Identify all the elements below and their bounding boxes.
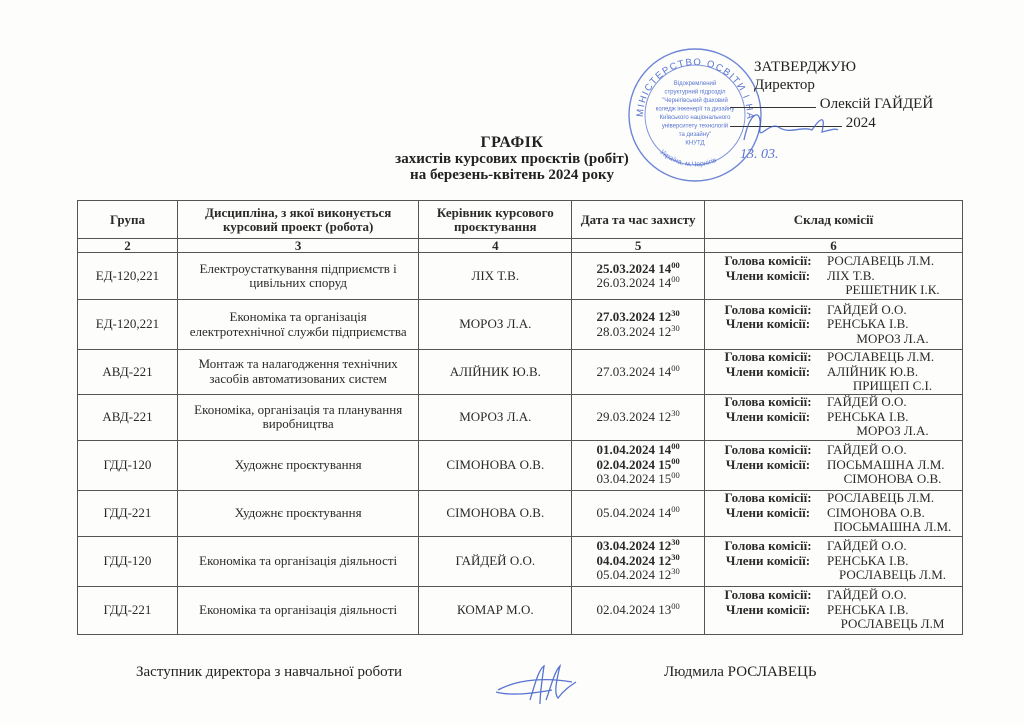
cell-group: ГДД-221 (78, 586, 178, 634)
table-header-row: Група Дисципліна, з якої виконується кур… (78, 201, 963, 239)
commission-member: АЛІЙНИК Ю.В. (827, 365, 918, 380)
title-line-2: захистів курсових проєктів (робіт) (0, 151, 1024, 167)
header-supervisor: Керівник курсового проєктування (419, 201, 572, 239)
commission-member: СІМОНОВА О.В. (709, 472, 958, 487)
column-number: 3 (177, 239, 419, 253)
members-label: Члени комісії: (709, 365, 827, 380)
defense-date: 27.03.2024 1400 (576, 365, 700, 380)
head-label: Голова комісії: (709, 395, 827, 410)
cell-discipline: Електроустаткування підприємств і цивіль… (177, 253, 419, 300)
commission-member: РЕШЕТНИК І.К. (709, 283, 958, 298)
cell-discipline: Економіка та організація діяльності (177, 586, 419, 634)
members-label: Члени комісії: (709, 410, 827, 425)
members-label: Члени комісії: (709, 603, 827, 618)
cell-supervisor: СІМОНОВА О.В. (419, 440, 572, 490)
cell-group: ГДД-120 (78, 440, 178, 490)
commission-member: РЕНСЬКА І.В. (827, 317, 909, 332)
document-title: ГРАФІК захистів курсових проєктів (робіт… (0, 135, 1024, 183)
defense-date: 25.03.2024 1400 (576, 262, 700, 277)
commission-head: ГАЙДЕЙ О.О. (827, 395, 907, 410)
commission-member: РЕНСЬКА І.В. (827, 603, 909, 618)
table-row: ЕД-120,221Економіка та організація елект… (78, 300, 963, 350)
head-label: Голова комісії: (709, 254, 827, 269)
defense-date: 03.04.2024 1500 (576, 472, 700, 487)
defense-date: 05.04.2024 1400 (576, 506, 700, 521)
cell-group: ГДД-221 (78, 490, 178, 536)
cell-commission: Голова комісії:ГАЙДЕЙ О.О.Члени комісії:… (705, 300, 963, 350)
svg-text:Відокремлений: Відокремлений (674, 80, 716, 87)
header-discipline: Дисципліна, з якої виконується курсовий … (177, 201, 419, 239)
commission-member: РЕНСЬКА І.В. (827, 554, 909, 569)
members-label: Члени комісії: (709, 317, 827, 332)
cell-group: ЕД-120,221 (78, 253, 178, 300)
defense-date: 03.04.2024 1230 (576, 539, 700, 554)
header-date: Дата та час захисту (572, 201, 705, 239)
column-number: 4 (419, 239, 572, 253)
cell-group: ГДД-120 (78, 536, 178, 586)
cell-dates: 29.03.2024 1230 (572, 394, 705, 440)
commission-member: МОРОЗ Л.А. (709, 332, 958, 347)
table-row: ГДД-120Економіка та організація діяльнос… (78, 536, 963, 586)
head-label: Голова комісії: (709, 443, 827, 458)
head-label: Голова комісії: (709, 303, 827, 318)
cell-dates: 27.03.2024 123028.03.2024 1230 (572, 300, 705, 350)
commission-head: ГАЙДЕЙ О.О. (827, 588, 907, 603)
members-label: Члени комісії: (709, 554, 827, 569)
defense-date: 05.04.2024 1230 (576, 568, 700, 583)
cell-supervisor: СІМОНОВА О.В. (419, 490, 572, 536)
footer-name: Людмила РОСЛАВЕЦЬ (664, 664, 816, 681)
approval-heading: ЗАТВЕРДЖУЮ (754, 58, 933, 76)
defense-date: 01.04.2024 1400 (576, 443, 700, 458)
cell-discipline: Художнє проєктування (177, 490, 419, 536)
head-label: Голова комісії: (709, 350, 827, 365)
footer-position: Заступник директора з навчальної роботи (136, 664, 402, 681)
commission-head: ГАЙДЕЙ О.О. (827, 539, 907, 554)
commission-head: РОСЛАВЕЦЬ Л.М. (827, 350, 934, 365)
defense-schedule-table: Група Дисципліна, з якої виконується кур… (77, 200, 963, 635)
cell-commission: Голова комісії:ГАЙДЕЙ О.О.Члени комісії:… (705, 440, 963, 490)
svg-text:Київського національного: Київського національного (660, 115, 732, 121)
defense-date: 29.03.2024 1230 (576, 410, 700, 425)
cell-dates: 02.04.2024 1300 (572, 586, 705, 634)
svg-text:"Чернігівський фаховий: "Чернігівський фаховий (662, 97, 728, 104)
column-number: 6 (705, 239, 963, 253)
cell-discipline: Художнє проєктування (177, 440, 419, 490)
commission-member: МОРОЗ Л.А. (709, 424, 958, 439)
cell-dates: 03.04.2024 123004.04.2024 123005.04.2024… (572, 536, 705, 586)
table-row: ГДД-221Художнє проєктуванняСІМОНОВА О.В.… (78, 490, 963, 536)
column-number: 2 (78, 239, 178, 253)
deputy-signature (490, 660, 590, 715)
commission-head: ГАЙДЕЙ О.О. (827, 303, 907, 318)
cell-dates: 05.04.2024 1400 (572, 490, 705, 536)
cell-supervisor: ГАЙДЕЙ О.О. (419, 536, 572, 586)
svg-text:коледж інженерії та дизайну: коледж інженерії та дизайну (656, 106, 735, 113)
cell-supervisor: МОРОЗ Л.А. (419, 300, 572, 350)
cell-group: АВД-221 (78, 350, 178, 395)
table-row: АВД-221Монтаж та налагодження технічних … (78, 350, 963, 395)
cell-discipline: Економіка та організація електротехнічно… (177, 300, 419, 350)
commission-member: ПОСЬМАШНА Л.М. (709, 520, 958, 535)
defense-date: 28.03.2024 1230 (576, 325, 700, 340)
cell-commission: Голова комісії:ГАЙДЕЙ О.О.Члени комісії:… (705, 586, 963, 634)
commission-member: СІМОНОВА О.В. (827, 506, 925, 521)
header-commission: Склад комісії (705, 201, 963, 239)
cell-commission: Голова комісії:РОСЛАВЕЦЬ Л.М.Члени коміс… (705, 253, 963, 300)
cell-discipline: Економіка та організація діяльності (177, 536, 419, 586)
cell-commission: Голова комісії:РОСЛАВЕЦЬ Л.М.Члени коміс… (705, 490, 963, 536)
members-label: Члени комісії: (709, 269, 827, 284)
svg-text:структурний підрозділ: структурний підрозділ (664, 89, 726, 96)
title-line-3: на березень-квітень 2024 року (0, 167, 1024, 183)
header-group: Група (78, 201, 178, 239)
cell-supervisor: АЛІЙНИК Ю.В. (419, 350, 572, 395)
svg-text:університету технологій: університету технологій (662, 123, 728, 130)
defense-date: 26.03.2024 1400 (576, 276, 700, 291)
cell-commission: Голова комісії:РОСЛАВЕЦЬ Л.М.Члени коміс… (705, 350, 963, 395)
approval-position: Директор (754, 76, 933, 94)
head-label: Голова комісії: (709, 588, 827, 603)
table-row: АВД-221Економіка, організація та планува… (78, 394, 963, 440)
head-label: Голова комісії: (709, 491, 827, 506)
commission-head: РОСЛАВЕЦЬ Л.М. (827, 491, 934, 506)
cell-supervisor: КОМАР М.О. (419, 586, 572, 634)
title-main: ГРАФІК (0, 135, 1024, 151)
commission-member: РОСЛАВЕЦЬ Л.М (709, 617, 958, 632)
cell-supervisor: ЛІХ Т.В. (419, 253, 572, 300)
cell-dates: 01.04.2024 140002.04.2024 150003.04.2024… (572, 440, 705, 490)
cell-commission: Голова комісії:ГАЙДЕЙ О.О.Члени комісії:… (705, 394, 963, 440)
table-row: ГДД-120Художнє проєктуванняСІМОНОВА О.В.… (78, 440, 963, 490)
commission-member: РЕНСЬКА І.В. (827, 410, 909, 425)
column-number: 5 (572, 239, 705, 253)
cell-commission: Голова комісії:ГАЙДЕЙ О.О.Члени комісії:… (705, 536, 963, 586)
members-label: Члени комісії: (709, 458, 827, 473)
cell-dates: 25.03.2024 140026.03.2024 1400 (572, 253, 705, 300)
column-number-row: 2 3 4 5 6 (78, 239, 963, 253)
commission-head: ГАЙДЕЙ О.О. (827, 443, 907, 458)
defense-date: 02.04.2024 1300 (576, 603, 700, 618)
table-row: ГДД-221Економіка та організація діяльнос… (78, 586, 963, 634)
members-label: Члени комісії: (709, 506, 827, 521)
cell-discipline: Економіка, організація та планування вир… (177, 394, 419, 440)
commission-member: РОСЛАВЕЦЬ Л.М. (709, 568, 958, 583)
cell-group: ЕД-120,221 (78, 300, 178, 350)
cell-supervisor: МОРОЗ Л.А. (419, 394, 572, 440)
commission-member: ПОСЬМАШНА Л.М. (827, 458, 945, 473)
cell-discipline: Монтаж та налагодження технічних засобів… (177, 350, 419, 395)
head-label: Голова комісії: (709, 539, 827, 554)
cell-dates: 27.03.2024 1400 (572, 350, 705, 395)
commission-head: РОСЛАВЕЦЬ Л.М. (827, 254, 934, 269)
commission-member: ЛІХ Т.В. (827, 269, 875, 284)
cell-group: АВД-221 (78, 394, 178, 440)
commission-member: ПРИЩЕП С.І. (709, 379, 958, 394)
defense-date: 27.03.2024 1230 (576, 310, 700, 325)
table-row: ЕД-120,221Електроустаткування підприємст… (78, 253, 963, 300)
